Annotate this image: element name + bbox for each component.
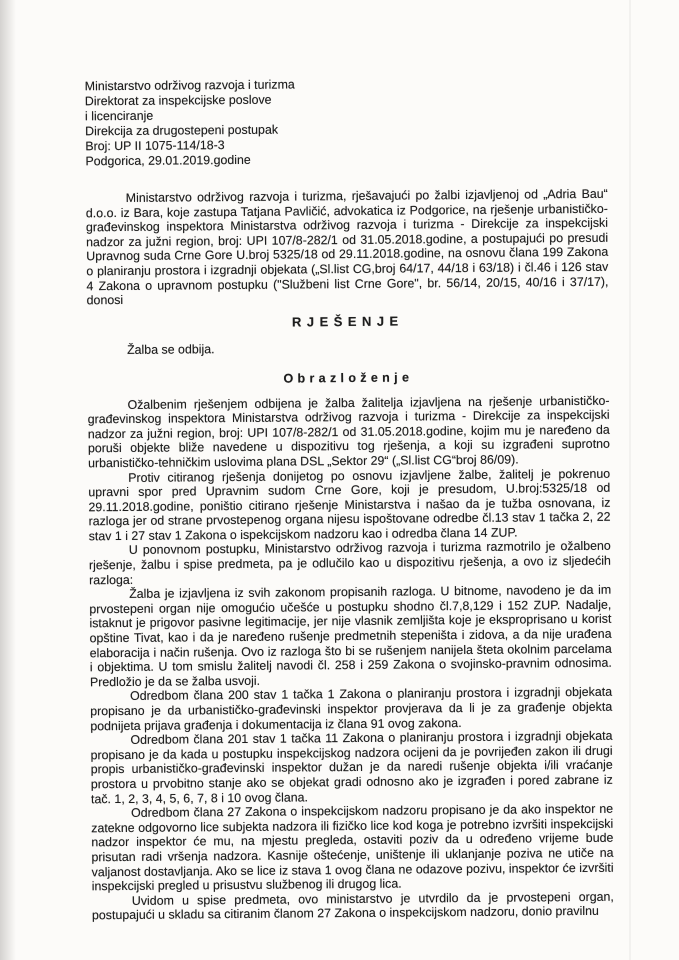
- body-paragraph-3: U ponovnom postupku, Ministarstvo održiv…: [89, 539, 611, 587]
- body-paragraph-7: Odredbom člana 27 Zakona o inspekcijskom…: [91, 802, 614, 894]
- intro-paragraph: Ministarstvo održivog razvoja i turizma,…: [86, 187, 609, 308]
- dispositive-statement: Žalba se odbija.: [87, 339, 609, 358]
- document-body: Ministarstvo održivog razvoja i turizma …: [85, 75, 614, 923]
- body-paragraph-6: Odredbom člana 201 stav 1 tačka 11 Zakon…: [90, 729, 613, 807]
- issuer-header: Ministarstvo održivog razvoja i turizma …: [85, 75, 608, 170]
- body-paragraph-8: Uvidom u spise predmeta, ovo ministarstv…: [92, 889, 614, 923]
- body-paragraph-5: Odredbom člana 200 stav 1 tačka 1 Zakona…: [90, 685, 612, 733]
- rationale-heading: Obrazloženje: [87, 369, 609, 388]
- body-paragraph-1: Ožalbenim rješenjem odbijena je žalba ža…: [87, 393, 610, 471]
- body-paragraph-2: Protiv citiranog rješenja donijetog po o…: [88, 466, 611, 544]
- decision-heading: RJEŠENJE: [87, 312, 609, 331]
- body-paragraph-4: Žalba je izjavljena iz svih zakonom prop…: [89, 583, 612, 690]
- place-date-line: Podgorica, 29.01.2019.godine: [85, 150, 607, 170]
- scanned-document-page: Ministarstvo održivog razvoja i turizma …: [0, 0, 679, 960]
